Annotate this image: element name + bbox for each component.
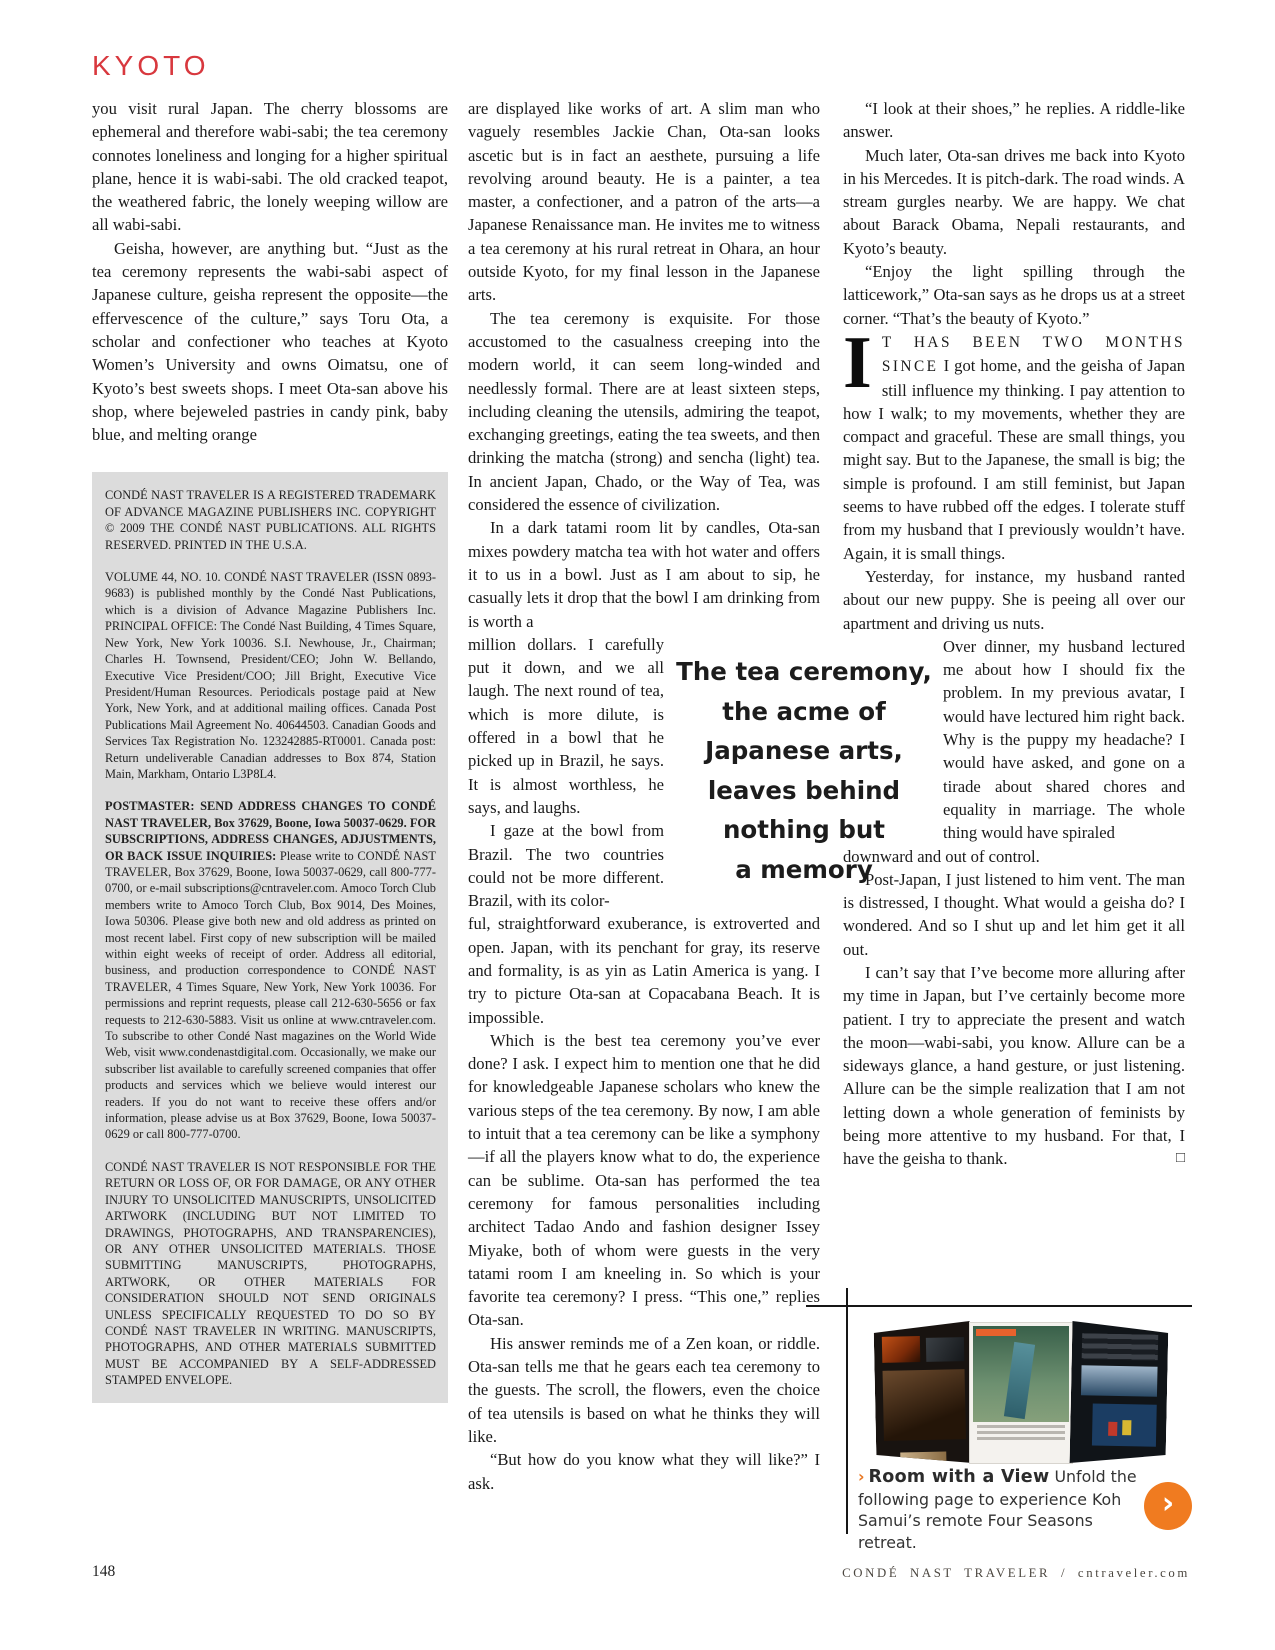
gatefold-center-panel bbox=[969, 1322, 1073, 1464]
callout-title: Room with a View bbox=[869, 1467, 1050, 1487]
gatefold-left-panel bbox=[874, 1321, 973, 1465]
body-paragraph: Post-Japan, I just listened to him vent.… bbox=[843, 868, 1185, 961]
caption-line bbox=[977, 1431, 1065, 1434]
room-with-a-view-callout: ›Room with a View Unfold the following p… bbox=[858, 1466, 1144, 1553]
column-right: “I look at their shoes,” he replies. A r… bbox=[843, 97, 1185, 1171]
dropcap-paragraph: IT HAS BEEN TWO MONTHS SINCE I got home,… bbox=[843, 330, 1185, 565]
body-paragraph: “I look at their shoes,” he replies. A r… bbox=[843, 97, 1185, 144]
body-paragraph: ful, straightforward exuberance, is extr… bbox=[468, 912, 820, 1028]
body-paragraph: Yesterday, for instance, my husband rant… bbox=[843, 565, 1185, 635]
body-paragraph: Much later, Ota-san drives me back into … bbox=[843, 144, 1185, 260]
fireplace-photo bbox=[882, 1336, 921, 1363]
legal-submissions: CONDÉ NAST TRAVELER IS NOT RESPONSIBLE F… bbox=[105, 1159, 436, 1389]
body-paragraph: Geisha, however, are anything but. “Just… bbox=[92, 237, 448, 447]
villa-photo bbox=[1081, 1365, 1158, 1397]
column-middle-top: are displayed like works of art. A slim … bbox=[468, 97, 820, 633]
figure-red bbox=[1108, 1422, 1117, 1436]
section-label: KYOTO bbox=[92, 50, 210, 82]
caption-line bbox=[977, 1425, 1065, 1428]
people-photo bbox=[1092, 1403, 1157, 1446]
chevron-icon: › bbox=[858, 1467, 865, 1486]
callout-top-rule bbox=[806, 1305, 1192, 1307]
room-interior-photo bbox=[883, 1369, 966, 1441]
photo-strips bbox=[1082, 1333, 1159, 1361]
unfold-arrow-icon: › bbox=[1144, 1482, 1192, 1530]
drop-cap: I bbox=[843, 334, 872, 392]
column-left: you visit rural Japan. The cherry blosso… bbox=[92, 97, 448, 1403]
body-paragraph: Which is the best tea ceremony you’ve ev… bbox=[468, 1029, 820, 1332]
headline-tag bbox=[976, 1329, 1016, 1336]
gatefold-spread-image bbox=[875, 1322, 1167, 1464]
dark-photo bbox=[926, 1337, 964, 1362]
body-paragraph-narrow: Over dinner, my husband lectured me abou… bbox=[943, 635, 1185, 845]
legal-postmaster-body: Please write to CONDÉ NAST TRAVELER, Box… bbox=[105, 849, 436, 1142]
legal-volume: VOLUME 44, NO. 10. CONDÉ NAST TRAVELER (… bbox=[105, 569, 436, 782]
body-paragraph: million dollars. I carefully put it down… bbox=[468, 633, 664, 819]
column-middle-narrow: million dollars. I carefully put it down… bbox=[468, 633, 664, 913]
end-of-article-mark: □ bbox=[1176, 1147, 1185, 1170]
legal-trademark: CONDÉ NAST TRAVELER IS A REGISTERED TRAD… bbox=[105, 487, 436, 553]
column-right-top: “I look at their shoes,” he replies. A r… bbox=[843, 97, 1185, 330]
gatefold-right-panel bbox=[1070, 1321, 1169, 1465]
body-paragraph: are displayed like works of art. A slim … bbox=[468, 97, 820, 307]
column-middle-bottom: ful, straightforward exuberance, is extr… bbox=[468, 912, 820, 1494]
figure-yellow bbox=[1122, 1420, 1131, 1435]
closing-text: I can’t say that I’ve become more alluri… bbox=[843, 963, 1185, 1168]
body-paragraph: In a dark tatami room lit by candles, Ot… bbox=[468, 516, 820, 632]
caption-line bbox=[977, 1437, 1065, 1440]
column-left-text: you visit rural Japan. The cherry blosso… bbox=[92, 97, 448, 446]
body-paragraph: “But how do you know what they will like… bbox=[468, 1448, 820, 1495]
body-paragraph: His answer reminds me of a Zen koan, or … bbox=[468, 1332, 820, 1448]
legal-box: CONDÉ NAST TRAVELER IS A REGISTERED TRAD… bbox=[92, 472, 448, 1402]
section-intro-text: I got home, and the geisha of Japan stil… bbox=[843, 356, 1185, 562]
pool-jungle-photo bbox=[973, 1326, 1069, 1422]
footer-magazine-name: CONDÉ NAST TRAVELER / cntraveler.com bbox=[842, 1566, 1190, 1581]
body-paragraph: I gaze at the bowl from Brazil. The two … bbox=[468, 819, 664, 912]
callout-left-rule bbox=[846, 1288, 848, 1534]
column-right-bottom: Post-Japan, I just listened to him vent.… bbox=[843, 868, 1185, 961]
body-paragraph: you visit rural Japan. The cherry blosso… bbox=[92, 97, 448, 237]
lap-pool bbox=[1004, 1342, 1035, 1419]
body-paragraph: downward and out of control. bbox=[843, 845, 1185, 868]
closing-paragraph: I can’t say that I’ve become more alluri… bbox=[843, 961, 1185, 1171]
legal-postmaster: POSTMASTER: SEND ADDRESS CHANGES TO COND… bbox=[105, 798, 436, 1143]
body-paragraph: The tea ceremony is exquisite. For those… bbox=[468, 307, 820, 517]
magazine-page: KYOTO you visit rural Japan. The cherry … bbox=[0, 0, 1275, 1650]
page-number: 148 bbox=[92, 1563, 115, 1581]
body-paragraph: “Enjoy the light spilling through the la… bbox=[843, 260, 1185, 330]
